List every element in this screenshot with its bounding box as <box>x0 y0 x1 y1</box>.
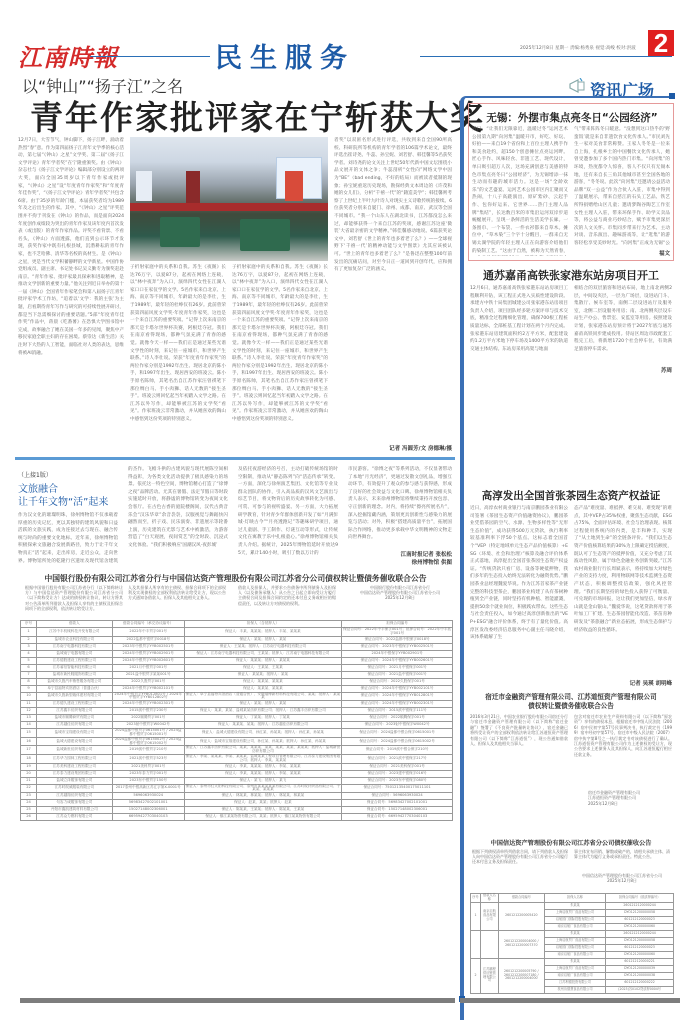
table-cell-gcontract: 保证合同号：2023东中银保字080号 <box>342 777 453 784</box>
table-cell-no: 1 <box>471 902 481 930</box>
table-cell-gcontract: 保证合同号：2022顺腾保字001号 <box>342 715 453 722</box>
photo-stage <box>130 203 328 211</box>
cinda-signer-block: 中国信达资产管理股份有限公司江苏省分公司 2025年12月8日 <box>574 873 670 889</box>
table-cell-borrower: 江苏泰力建设集团有限公司 <box>36 770 112 777</box>
cinda-table-wrap: 序号 借款人名称 借款合同编号 担保人名称 担保合同编号（抵质押编号） 1南京启… <box>470 893 674 994</box>
lead-byline: 记者 冯圆芳/文 房德琳/摄 <box>334 444 452 452</box>
wuxi-col-1: 近日，“让我们无限靠近，温暖过冬”运河艺术公园第九期“向河集”温暖开市，好吃、好… <box>472 126 568 256</box>
culture-headline: 文旅融合 让千年文物“活”起来 <box>18 483 108 509</box>
lead-col-2b: 子折射家庭中的关系和自我。苏生《夜阁》长达76万字，以爱87分，起初在网络上连载… <box>232 264 328 454</box>
table-cell-guarantor: 保证人：泰州市红太阳科技有限公司、泰州市某某某某某有限公司、江苏时皖针织品有限公… <box>184 784 342 793</box>
table-cell-no: 14 <box>21 722 37 729</box>
table-cell-contract: 2017泰州中银高新区苏汇字第X-0001号 <box>112 784 184 793</box>
table-cell-borrower: 盐城市久胜汽车销售服务有限公司 <box>36 678 112 685</box>
table-cell-gcontract: DYO121200000058 <box>606 909 674 916</box>
bank-debt-table-wrap: 序号 借款人 借款合同编号（承兑协议编号） 担保人（含抵押人） 担保合同编号 1… <box>20 620 453 821</box>
table-cell-no: 21 <box>21 777 37 784</box>
table-cell-no: 19 <box>21 763 37 770</box>
table-cell-contract: 2021盐中银贸字某某001号 <box>112 671 184 678</box>
photo-table <box>160 217 200 247</box>
table-cell-gcontract: 保证合同号：2024年中银保字YYB002101号 <box>342 685 453 692</box>
table-cell-guarantor: 上海启航贸厂食品有限公司 <box>544 909 606 916</box>
table-cell-contract: 2019滨中银贸字210号 <box>112 746 184 755</box>
table-cell-contract: 66959427703040103 <box>112 814 184 821</box>
gaochun-col-1: 近日，高淳农村商业银行与南京鹏园茶业有限公司签署《茶园生态资产价值融资协议》，鹏… <box>470 505 568 685</box>
table-cell-gcontract: 保证合同号：2023建中银保字016号 <box>342 770 453 777</box>
table-cell-gcontract: 601212120000222 <box>606 979 674 986</box>
table-cell-no <box>471 930 481 958</box>
table-cell-borrower: 江苏众力燃料有限公司 <box>36 814 112 821</box>
table-cell-gcontract: 保证合同号：2023射中银保字W0042号 <box>342 722 453 729</box>
table-cell-borrower: 南京启航食品有限公司 <box>480 902 498 930</box>
table-cell-no: 13 <box>21 715 37 722</box>
section-divider <box>15 457 455 460</box>
table-cell-borrower: 盐城市顺腾商贸有限公司 <box>36 715 112 722</box>
table-cell-contract: 2023年泰力贸字001号 <box>112 770 184 777</box>
table-header-row: 序号 借款人名称 借款合同编号 担保人名称 担保合同编号（抵质押编号） <box>471 894 674 903</box>
table-cell-contract: 2022盐都中银贸字0018号 <box>112 636 184 643</box>
table-cell-contract: 2021滨中银贸字523号 <box>112 754 184 763</box>
column-header: 序号 <box>471 894 481 903</box>
page-info: 2025年12月8日 星期一 责编:杨秀泉 视觉:高峻 校对:洪波 <box>520 45 636 51</box>
table-cell-gcontract: 保证合同号：15027148002306001 <box>342 807 453 814</box>
table-cell-contract: 2021月中银贸字001号 <box>112 664 184 671</box>
table-cell-contract: 15027148002306001 <box>112 807 184 814</box>
table-cell-gcontract: DYO121200000060 <box>606 923 674 930</box>
table-cell-contract: 2601212200005790 / 2601212200007180 / 26… <box>498 958 544 993</box>
table-cell-no: 2 <box>21 636 37 643</box>
zjg-col-2: 相结合的双层旅客和进站布局，地上南北两侧2层，中间设夹层，一层为广场层，设进站门… <box>574 285 672 365</box>
table-cell-borrower: 江苏鑫丰纺织有限公司 <box>36 708 112 715</box>
table-cell-guarantor: 保证人：某某某；抵押人：某某 <box>184 671 342 678</box>
table-cell-gcontract: 保证合同号：2015滨中银保字111号 <box>342 708 453 715</box>
table-cell-guarantor: 保证人：某飞；抵押人：某飞 <box>184 777 342 784</box>
suqian-title-line1: 宿迁市金融资产管理有限公司、江苏道恒资产管理有限公司 <box>466 693 676 702</box>
table-row: 12江苏鑫丰纺织有限公司2015滨中银贸字230号保证人：某某、某某、盐城某某纺… <box>21 708 453 715</box>
table-cell-borrower: 江苏越佳纺织有限公司 <box>36 722 112 729</box>
table-cell-gcontract: 保证合同号：2022盐都中银保字0018号 <box>342 636 453 643</box>
column-header: 借款人名称 <box>480 894 498 903</box>
table-cell-gcontract: 保证合同号：2024年中银保字YYB012801号 <box>342 692 453 701</box>
table-cell-guarantor: 保证人：李某、某某某；抵押人：李某、某某某 <box>184 770 342 777</box>
bank-notice-title: 中国银行股份有限公司江苏省分行与中国信达资产管理股份有限公司江苏省分公司债权转让… <box>18 573 453 584</box>
bank-intro-col-3: 借款人及担保人，并要求公告债务中所列债务人及担保人（以及债务承继人）从公告之日起… <box>238 585 336 615</box>
table-cell-gcontract: 保证合同号：2019滨中银合保字210号 <box>342 746 453 755</box>
table-cell-borrower: 江苏德胜建设工程有限公司 <box>36 657 112 664</box>
table-cell-gcontract: 2601212120000244 <box>606 930 674 937</box>
table-cell-guarantor: 上海启航贸厂食品有限公司 <box>544 937 606 944</box>
table-cell-borrower: 江苏华力园林工程有限公司 <box>36 754 112 763</box>
table-cell-guarantor: 保证人：镇江某某物资有限公司、某某；抵押人：镇江某某物资有限公司 <box>184 814 342 821</box>
table-cell-guarantor: 保证人：李某、某某某；抵押人：李某、某某某 <box>184 763 342 770</box>
table-row: 3江苏南宁电器科技有限公司2023年中银贸字YYB002501号保证人：王某某；… <box>21 643 453 650</box>
table-cell-contract: 2601212200005420 <box>498 902 544 930</box>
table-row: 1江苏中丰机械科技开发有限公司2022年中丰贸字001号保证人：丰某、某某某；抵… <box>21 628 453 637</box>
table-cell-no: 18 <box>21 754 37 763</box>
table-cell-guarantor: 江苏利德投资有限公司 <box>544 979 606 986</box>
table-cell-guarantor: 保证人：盐城大德建设有限公司、孙红某、孙某某；抵押人：孙红某、孙某某 <box>184 729 342 738</box>
bank-debt-table-body: 1江苏中丰机械科技开发有限公司2022年中丰贸字001号保证人：丰某、某某某；抵… <box>21 628 453 821</box>
photo-table <box>240 219 290 251</box>
table-cell-guarantor: 保证人：丁某某；抵押人：丁某某 <box>184 715 342 722</box>
page-bottom-bar <box>460 998 680 1003</box>
table-cell-no: 8 <box>21 678 37 685</box>
zjg-col-1: 12月6日，通苏嘉甬高铁张家港东站站房项目工程顺利开钻，该工程正式进入实质性建设… <box>470 285 568 373</box>
cinda-intro-col-2: 事主体宣布吊销、解散或破产的，请相关承债主体、清算主体代为履行义务或承担责任。特… <box>574 849 670 873</box>
table-cell-no: 9 <box>21 685 37 692</box>
table-cell-gcontract: 保证合同号：2024盐都中银合保字0615002号 <box>342 737 453 746</box>
suqian-notice-title: 宿迁市金融资产管理有限公司、江苏道恒资产管理有限公司 债权转让暨债务催收联合公告 <box>466 693 676 711</box>
table-cell-gcontract: 保证合同号：2024盐都中银合保字0615001号 <box>342 729 453 738</box>
table-cell-contract: 2024盐都中银贸字0615002号 / 2024盐都中银贸字0615002号 <box>112 737 184 746</box>
table-cell-gcontract: DYO121200000039 <box>606 965 674 972</box>
table-cell-no: 2 <box>471 958 481 993</box>
table-cell-contract: 2015滨中银贸字230号 <box>112 708 184 715</box>
table-cell-borrower: 盐城新世纺织有限公司 <box>36 746 112 755</box>
table-cell-guarantor: 保证人：某某某；抵押人：某某某 <box>184 657 342 664</box>
gaochun-byline: 记者 吴瑛 胡明峰 <box>574 679 672 687</box>
table-row: 2盐城市农业科技有限公司2022盐都中银贸字0018号保证人：某某；抵押人：某某… <box>21 636 453 643</box>
table-cell-contract: 2024年中银贸字YYB012801号 / 2024年中银贸字YYB012802… <box>112 692 184 701</box>
table-cell-contract: 2024年中银贸字YYB002901号 <box>112 650 184 657</box>
table-cell-gcontract: 601212120000023 <box>606 944 674 951</box>
suqian-signers: 宿迁市金融资产管理有限公司 江苏道恒资产管理有限公司 2025年12月8日 <box>574 790 672 824</box>
table-cell-contract: 2023年中银贸字YYB002501号 <box>112 643 184 650</box>
table-cell-borrower: 盐城立泽服饰有限公司 <box>36 777 112 784</box>
table-cell-guarantor: 保证人：某某某、某某某 <box>184 678 342 685</box>
table-cell-borrower: 江苏睿信智能科技有限公司 <box>36 664 112 671</box>
table-cell-gcontract: 保证合同号：2022年中丰保字001号；抵押合同号：2022年中丰抵字001号 <box>342 628 453 637</box>
table-row: 23江苏越翔纺织有限公司5696063930024保证人：林某某、林某某；抵押人… <box>21 793 453 800</box>
table-cell-gcontract: 601212120000023 <box>606 916 674 923</box>
table-cell-guarantor: 保证人：江苏南宁电器科技有限公司、王某某；抵押人：江苏南宁电器科技有限公司 <box>184 650 342 657</box>
table-cell-contract: 2601212200004000 / 2601212200007370 <box>498 930 544 958</box>
bank-intro-signers: 中国银行股份有限公司江苏省分行 中国信达资产管理股份有限公司江苏省分公司 202… <box>350 585 450 615</box>
table-cell-borrower: 丹阳市鑫凯建筑材料有限公司 <box>36 807 112 814</box>
table-cell-borrower: 盐城市农业科技有限公司 <box>36 636 112 643</box>
table-cell-gcontract: 2601212120000244 <box>606 902 674 909</box>
column-header: 担保合同编号（抵质押编号） <box>606 894 674 903</box>
table-cell-no: 17 <box>21 746 37 755</box>
table-cell-contract: 2024年中银贸字YYB002301号 <box>112 701 184 708</box>
table-row: 2江苏鹏程供应链管理有限公司2601212200005790 / 2601212… <box>471 958 674 965</box>
table-cell-guarantor: 保证人：丰某、某某某；抵押人：丰某、某某某 <box>184 628 342 637</box>
table-row: 6江苏睿信智能科技有限公司2021月中银贸字001号保证人：王某某、王某某保证合… <box>21 664 453 671</box>
page-number: 2 <box>648 30 674 56</box>
table-row: 18江苏华力园林工程有限公司2021滨中银贸字523号保证人：李某、某某某、李某… <box>21 754 453 763</box>
table-cell-contract: 2022顺腾贸字001号 <box>112 715 184 722</box>
table-cell-contract: 2022年中丰贸字001号 <box>112 628 184 637</box>
lead-headline: 青年作家批评家在宁斩获大奖 <box>30 92 485 139</box>
table-cell-gcontract: 保证合同号：56983427002101001 <box>342 800 453 807</box>
section-title: 民生服务 <box>215 36 355 75</box>
table-cell-no: 7 <box>21 671 37 678</box>
culture-col-1: 作为汉文化的璀璨明珠，徐州博物馆不仅承载着厚重的历史记忆，更以其独特的建筑风貌和… <box>18 512 118 564</box>
table-cell-guarantor: 保证人：某某某、某某；抵押人：江苏越佳纺织有限公司 <box>184 722 342 729</box>
table-cell-no: 11 <box>21 701 37 708</box>
table-cell-guarantor: 保证人：某某；抵押人：某某 <box>184 636 342 643</box>
table-cell-borrower: 江苏中丰机械科技开发有限公司 <box>36 628 112 637</box>
table-row: 24句容力诚服饰有限公司56983427002101001保证人：赵某、某某；抵… <box>21 800 453 807</box>
table-cell-gcontract: 保证合同号：2023年中银保字YYB002501号 <box>342 643 453 650</box>
table-row: 14江苏越佳纺织有限公司2023射中银贸字W0042号保证人：某某某、某某；抵押… <box>21 722 453 729</box>
table-cell-guarantor: 保证人：某某；抵押人：某某 <box>184 701 342 708</box>
lead-photo <box>130 137 328 261</box>
table-cell-guarantor: 上海启航贸厂食品有限公司 <box>544 965 606 972</box>
table-cell-gcontract: 保证合同号：75012135400175011101 <box>342 784 453 793</box>
table-row: 2601212200004000 / 2601212200007370朱某某26… <box>471 930 674 937</box>
suqian-title-line2: 债权转让暨债务催收联合公告 <box>466 702 676 711</box>
table-cell-gcontract: 保证合同号：2022久胜保字001号 <box>342 678 453 685</box>
photo-banner <box>136 171 152 201</box>
culture-headline-line1: 文旅融合 <box>18 483 108 496</box>
table-cell-borrower: 阜宁县福特宾馆酒店（普通合伙） <box>36 685 112 692</box>
table-cell-gcontract: 保证合同号：66959427703040103 <box>342 814 453 821</box>
cinda-intro-col-1: 根据下列债权清单所列借款合同，请下列借款人及担保人向中国信达资产管理股份有限公司… <box>472 849 568 889</box>
table-cell-guarantor: 保证人：赵某、某某；抵押人：赵某 <box>184 800 342 807</box>
zjg-headline: 通苏嘉甬高铁张家港东站房项目开工 <box>466 267 676 283</box>
table-cell-gcontract: 2024年中银保字YYB002901号 <box>342 650 453 657</box>
table-cell-guarantor: 南京启航厂食品有限公司 <box>544 972 606 979</box>
suqian-date: 2025年12月8日 <box>588 801 672 806</box>
table-cell-gcontract: 保证合同号：2021盐中银保字001号 <box>342 671 453 678</box>
table-cell-no: 1 <box>21 628 37 637</box>
table-cell-contract: 5696063930024 <box>112 793 184 800</box>
table-cell-borrower: 江苏越翔纺织有限公司 <box>36 793 112 800</box>
table-cell-contract: 56983427002101001 <box>112 800 184 807</box>
culture-col-4: 市民游客。“徐博之夜”等系列活动，不仅显著带动了本地“月光经济”，更通过发散文创… <box>348 466 452 550</box>
table-cell-borrower: 江苏鹏程供应链管理有限公司 <box>480 958 498 993</box>
table-row: 4盐城南宁电器有限公司2024年中银贸字YYB002901号保证人：江苏南宁电器… <box>21 650 453 657</box>
table-cell-guarantor: 南京启航厂食品有限公司 <box>544 923 606 930</box>
table-cell-contract: 2023东中银贸字150号 <box>112 777 184 784</box>
table-cell-no: 26 <box>21 814 37 821</box>
masthead-rule-right <box>420 56 672 57</box>
wuxi-col-2: 气”带来阵阵冬日暖意。“没想到这口热乎的‘野蛮饭’就是来自非遗饮食文化传承人。”… <box>574 126 670 248</box>
table-cell-no: 15 <box>21 729 37 738</box>
table-row: 25丹阳市鑫凯建筑材料有限公司15027148002306001保证人：陈某某、… <box>21 807 453 814</box>
table-cell-gcontract: 保证合同号：2024年中银保字YYB002301号 <box>342 701 453 708</box>
table-cell-guarantor: 保证人：某某、某某、盐城某某纺织有限公司；抵押人：江苏鑫丰纺织有限公司 <box>184 708 342 715</box>
table-cell-borrower: 江苏德久建设工程有限公司 <box>36 701 112 708</box>
table-row: 5江苏德胜建设工程有限公司2024年中银贸字YYB002601号保证人：某某某；… <box>21 657 453 664</box>
table-cell-borrower: 盐城市新民鞋服饰有限公司 <box>36 671 112 678</box>
table-cell-no: 16 <box>21 737 37 746</box>
table-cell-guarantor: 启航国门国际控股有限公司 <box>544 916 606 923</box>
megaphone-icon <box>568 78 588 98</box>
wuxi-headline: 无锡：外摆市集点亮冬日“公园经济” <box>470 110 674 125</box>
table-cell-guarantor: 杭州肯德慧食品有限公司 <box>544 986 606 993</box>
column-header: 借款合同编号 <box>498 894 544 903</box>
table-cell-no: 6 <box>21 664 37 671</box>
table-cell-no: 4 <box>21 650 37 657</box>
table-cell-guarantor: 南京启航厂食品有限公司 <box>544 951 606 958</box>
table-row: 8盐城市久胜汽车销售服务有限公司2022久胜贸字001号保证人：某某某、某某某保… <box>21 678 453 685</box>
column-header: 担保人（含抵押人） <box>184 621 342 628</box>
culture-col-3: 及依托夜游经济的号召，主动打破传统场馆的时空限制，推动从“静态陈列”向“活态传承… <box>238 466 338 564</box>
table-cell-no: 24 <box>21 800 37 807</box>
table-cell-no: 22 <box>21 784 37 793</box>
table-cell-no: 5 <box>21 657 37 664</box>
table-cell-guarantor: 朱某某 <box>544 902 606 909</box>
photo-podium <box>186 171 200 203</box>
table-cell-no: 12 <box>21 708 37 715</box>
frame-corner-dot <box>669 93 675 99</box>
page-bottom-bar <box>20 998 455 1003</box>
table-cell-gcontract: DYO121200000060 <box>606 951 674 958</box>
column-header: 序号 <box>21 621 37 628</box>
cinda-date: 2025年12月8日 <box>574 878 670 883</box>
column-header: 借款合同编号（承兑协议编号） <box>112 621 184 628</box>
table-row: 15盐城市宝翔建设有限公司2024盐都中银贸字0615001号 / 2024盐都… <box>21 729 453 738</box>
table-cell-gcontract: 保证合同号：2024年中银保字YYB002601号 <box>342 657 453 664</box>
table-cell-contract: 2021美科贸字001号 <box>112 763 184 770</box>
column-header: 借款人 <box>36 621 112 628</box>
table-cell-guarantor: 朱某某 <box>544 930 606 937</box>
table-cell-contract: 2024盐都中银贸字0615001号 / 2024盐都中银贸字0615001号 <box>112 729 184 738</box>
suqian-col-2: 包含对宿迁市农业生产资料有限公司（以下简称“原农资”）享有的债权本息，根据宿迁市… <box>574 714 672 790</box>
gaochun-headline: 高淳发出全国首张茶园生态资产权益证 <box>466 488 676 503</box>
suqian-col-1: 2016年3月21日，中国农业银行股份有限公司宿迁分行与宿迁市金融资产管理有限公… <box>470 714 568 822</box>
cinda-notice-title: 中国信达资产管理股份有限公司江苏省分公司债权催收公告 <box>466 838 676 847</box>
cinda-debt-table-body: 1南京启航食品有限公司2601212200005420朱某某2601212120… <box>471 902 674 993</box>
table-row: 22江苏时皖威服装有限公司2017泰州中银高新区苏汇字第X-0001号保证人：泰… <box>21 784 453 793</box>
table-cell-gcontract: DYO121200000038 <box>606 972 674 979</box>
table-cell-no: 25 <box>21 807 37 814</box>
table-row: 11江苏德久建设工程有限公司2024年中银贸字YYB002301号保证人：某某；… <box>21 701 453 708</box>
table-cell-guarantor: 保证人：王某某；抵押人：江苏南宁电器科技有限公司 <box>184 643 342 650</box>
table-cell-guarantor: 保证人：陈某某、王某某；抵押人：陈某某、王某某 <box>184 807 342 814</box>
table-cell-contract: 2024年中银贸字YYB002601号 <box>112 657 184 664</box>
table-row: 13盐城市顺腾商贸有限公司2022顺腾贸字001号保证人：丁某某；抵押人：丁某某… <box>21 715 453 722</box>
table-cell-contract: 2022久胜贸字001号 <box>112 678 184 685</box>
table-row: 26江苏众力燃料有限公司66959427703040103保证人：镇江某某物资有… <box>21 814 453 821</box>
table-cell-borrower: 盐城市久胜新型墙体建材有限公司 <box>36 692 112 701</box>
table-row: 10盐城市久胜新型墙体建材有限公司2024年中银贸字YYB012801号 / 2… <box>21 692 453 701</box>
table-cell-borrower: 江苏美科建设工程有限公司 <box>36 763 112 770</box>
table-cell-borrower: 盐城南宁电器有限公司 <box>36 650 112 657</box>
table-cell-gcontract: (2023)苏0102贷质押0004号 <box>606 986 674 993</box>
zjg-byline: 苏周 <box>574 366 672 374</box>
table-cell-no: 23 <box>21 793 37 800</box>
table-cell-no: 20 <box>21 770 37 777</box>
culture-byline-1: 江南时报记者 张松松 <box>348 550 452 558</box>
lead-col-2: 子折射家庭中的关系和自我。苏生《夜阁》长达76万字，以爱87分，起初在网络上连载… <box>130 264 226 454</box>
culture-col-2: 的杰作。飞檐斗拱的古建风貌与现代展陈空间相得益彰，为各类文化活动提供了极具感染力… <box>128 466 228 564</box>
table-cell-gcontract: 保证合同号：2021滨中银保字217号 <box>342 754 453 763</box>
gaochun-col-2: 态产品“难度量、难抵押、难交易、难变现”的难点，其中VEP占35%权重，聚焦生态… <box>574 505 672 677</box>
table-cell-guarantor: 朱某某 <box>544 958 606 965</box>
table-cell-borrower: 句容力诚服饰有限公司 <box>36 800 112 807</box>
table-cell-borrower: 盐城市宝翔建设有限公司 <box>36 729 112 738</box>
table-cell-borrower: 江苏时皖威服装有限公司 <box>36 784 112 793</box>
bank-intro-col-2: 人及其担保人所享有的主债权、担保合同项下的全部权利及实现债权的全部权利依法转让给… <box>128 585 226 615</box>
table-cell-borrower: 江苏南宁电器科技有限公司 <box>36 643 112 650</box>
table-row: 7盐城市新民鞋服饰有限公司2021盐中银贸字某某001号保证人：某某某；抵押人：… <box>21 671 453 678</box>
table-cell-gcontract: 601212120000221 <box>606 958 674 965</box>
table-row: 19江苏美科建设工程有限公司2021美科贸字001号保证人：李某、某某某；抵押人… <box>21 763 453 770</box>
cinda-debt-table: 序号 借款人名称 借款合同编号 担保人名称 担保合同编号（抵质押编号） 1南京启… <box>470 893 674 994</box>
table-cell-guarantor: 启航国门国际控股有限公司 <box>544 944 606 951</box>
table-cell-guarantor: 保证人：李某、某某某、李某、某某某、盐城某某工程项目管理有限公司、江苏泰力建设集… <box>184 754 342 763</box>
table-cell-gcontract: 保证合同号：5696063930024 <box>342 793 453 800</box>
column-header: 担保人名称 <box>544 894 606 903</box>
table-row: 21盐城立泽服饰有限公司2023东中银贸字150号保证人：某飞；抵押人：某飞保证… <box>21 777 453 784</box>
bank-intro-col-1: 根据中国银行股份有限公司江苏省分行（以下简称转让方）与中国信达资产管理股份有限公… <box>25 585 123 615</box>
culture-headline-line2: 让千年文物“活”起来 <box>18 496 108 509</box>
photo-banner-red <box>285 171 303 201</box>
table-cell-guarantor: 保证人：阜宁县福特宾馆酒店（普通合伙）、安徽瑞博新材料科技有限公司、某某；抵押人… <box>184 692 342 701</box>
table-cell-gcontract: 保证合同号：2021月中银保字001号 <box>342 664 453 671</box>
culture-byline-2: 徐州博物馆 供图 <box>348 558 452 566</box>
table-cell-gcontract: DYO121200000058 <box>606 937 674 944</box>
wuxi-byline: 福文 <box>574 249 670 257</box>
bank-debt-table: 序号 借款人 借款合同编号（承兑协议编号） 担保人（含抵押人） 担保合同编号 1… <box>20 620 453 821</box>
table-cell-no: 3 <box>21 643 37 650</box>
lead-col-3: 者奖”以双匿名形式进行评选，共收到来自全国90所高校、科研院所等机构的青年学者的… <box>334 137 452 442</box>
table-row: 20江苏泰力建设集团有限公司2023年泰力贸字001号保证人：李某、某某某；抵押… <box>21 770 453 777</box>
masthead-rule-left <box>90 56 210 57</box>
table-row: 1南京启航食品有限公司2601212200005420朱某某2601212120… <box>471 902 674 909</box>
table-cell-guarantor: 保证人：王某某、王某某 <box>184 664 342 671</box>
table-cell-borrower: 盐城大德建设有限公司 <box>36 737 112 746</box>
table-cell-guarantor: 保证人：林某某、林某某；抵押人：林某某、林某某 <box>184 793 342 800</box>
bank-notice-date: 2025年12月8日 <box>350 595 450 600</box>
table-cell-no: 10 <box>21 692 37 701</box>
culture-kicker: （上接1版） <box>18 470 52 479</box>
table-cell-gcontract: 保证合同号：2021美科保字001号 <box>342 763 453 770</box>
table-cell-borrower <box>480 930 498 958</box>
lead-col-1: 12月7日，大雪节气，钟山脚下，扬子江畔，涌动着热烈“春”意。作为第四届扬子江青… <box>18 137 124 455</box>
